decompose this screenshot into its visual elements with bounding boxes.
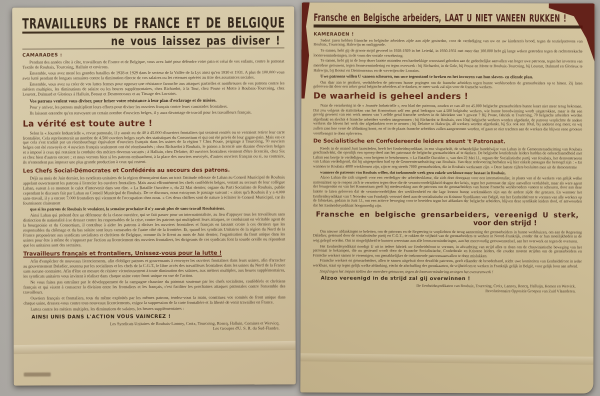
- paragraph: Luttez contre les métiers multiples, les…: [23, 306, 285, 312]
- paragraph: Ils laissent entendre qu'en renvoyant un…: [23, 111, 285, 117]
- paragraph: Ouvriers français et frontaliers, tous d…: [23, 295, 285, 306]
- section-heading: Fransche en belgische grensarbeiders, ve…: [313, 211, 582, 220]
- french-poster: TRAVAILLEURS DE FRANCE ET DE BELGIQUE ne…: [12, 6, 296, 385]
- paragraph: Te samen, hebt gij in de loop dezer laat…: [313, 59, 582, 74]
- section-heading: voor den strijd !: [313, 219, 582, 228]
- french-poster-body: CAMARADES :Pendant des années côte à côt…: [12, 49, 295, 335]
- paragraph-emphasis: wanneer de patroons van Roubaix willen, …: [313, 170, 582, 175]
- paragraph: Alzoo Lahan die zich uitgeeft voor een v…: [313, 176, 582, 209]
- paragraph: Ensemble, vous avez mené les grandes bat…: [22, 70, 284, 81]
- paragraph: Het Eenheidssyndikaat noodigt U uit in i…: [313, 244, 582, 259]
- paragraph: Fransche werkers en grensarbeiders, alle…: [313, 259, 582, 269]
- dutch-poster: Fransche en Belgische arbeiders, LAAT U …: [300, 2, 594, 393]
- section-heading: De waarheid is geheel anders !: [313, 93, 582, 104]
- poster-title: TRAVAILLEURS DE FRANCE ET DE BELGIQUE: [22, 15, 289, 33]
- paragraph: Selon la « Journée Industrielle », revue…: [23, 130, 285, 166]
- paragraph: Pendant des années côte à côte, travaill…: [22, 59, 284, 70]
- printer-imprint-smudge: [24, 372, 51, 376]
- paragraph: Reeds in de maand Juni laatstleden, heef…: [313, 146, 582, 170]
- paragraph: Ne vous faites pas entraîner par le déve…: [23, 279, 285, 295]
- section-heading: De Socialistische en Confedereerde leide…: [313, 139, 582, 146]
- paragraph: Ensemble, vous avez su créer de vos lutt…: [23, 81, 285, 97]
- paragraph: Sedert jaren hebben fransche en belgisch…: [314, 38, 583, 48]
- paragraph-italic: Strijd tegen het inspan stellen der meer…: [313, 269, 582, 274]
- paragraph: Ainsi Lahan qui prétend être un défenseu…: [23, 213, 285, 249]
- paragraph: Naar de verzekering in de « Journée Indu…: [313, 104, 582, 137]
- slogan: Alzoo vereenigd in de strijd zal gij ove…: [321, 277, 582, 284]
- section-heading: La vérité est toute autre !: [23, 118, 285, 129]
- title-rule: [314, 25, 583, 28]
- poster-subtitle: ne vous laissez pas diviser !: [22, 34, 284, 49]
- dutch-poster-body: KAMERADEN !Sedert jaren hebben fransche …: [301, 29, 595, 296]
- signature: Les Groupes d'U. S. R. du Sud-Flandre.: [24, 327, 286, 333]
- paragraph: Te samen, hebt gij de groote strijd gevo…: [313, 49, 582, 59]
- salutation: KAMERADEN !: [314, 32, 583, 38]
- paragraph: Afin d'empêcher de nouveaux licenciement…: [23, 258, 285, 279]
- paragraph: Om nieuwe afdankingen te beletten, om de…: [313, 229, 582, 244]
- french-poster-header: TRAVAILLEURS DE FRANCE ET DE BELGIQUE ne…: [12, 6, 294, 49]
- signature: Revolutionnaire Oppositie Groepen van Zu…: [313, 289, 582, 294]
- lead-statement: Uwe patroons willen U vaneen scheuren, o…: [313, 74, 582, 80]
- paragraph: Déjà au mois de Juin dernier, les syndic…: [23, 176, 285, 207]
- paragraph: Om daar aan te geraken, verdubbelen de p…: [313, 80, 582, 90]
- poster-title: Fransche en Belgische arbeiders, LAAT U …: [314, 12, 583, 25]
- dutch-poster-header: Fransche en Belgische arbeiders, LAAT U …: [302, 2, 595, 28]
